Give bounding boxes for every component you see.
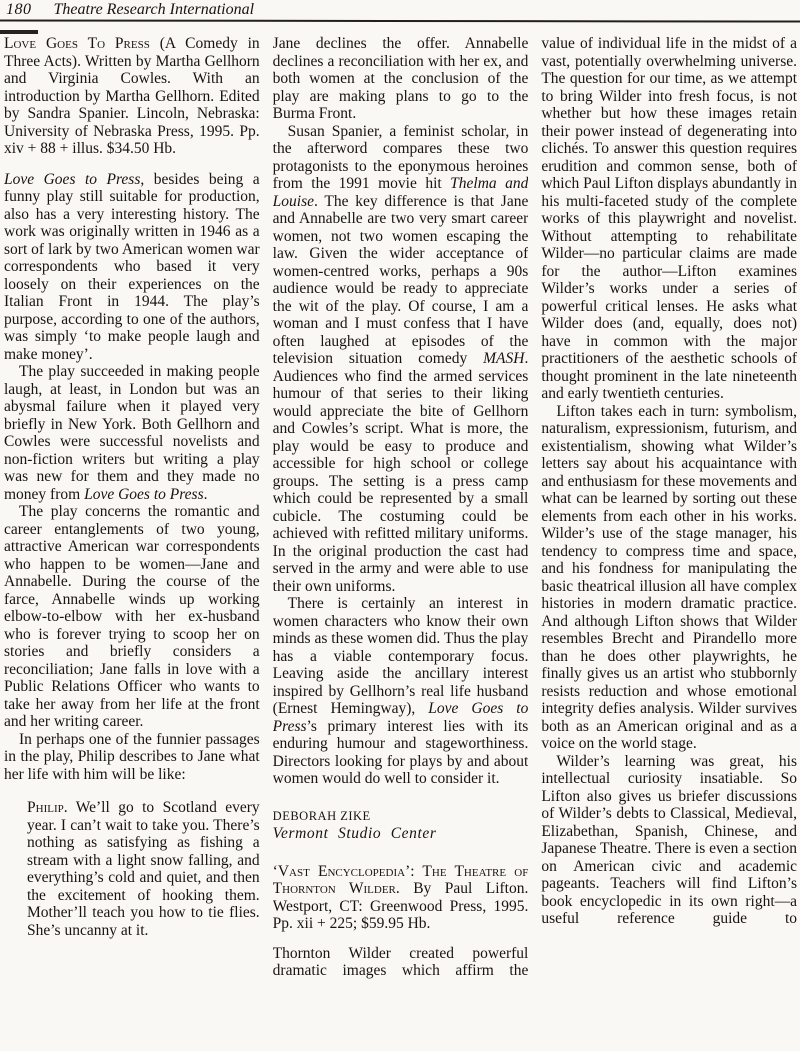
text-run: Vermont Studio Center [273, 825, 437, 842]
text-run: There is certainly an interest in women … [273, 595, 529, 717]
reviewer-name: DEBORAH ZIKE [273, 808, 529, 826]
scan-artifact-mark [0, 30, 38, 34]
smallcaps-run: Love Goes To Press [4, 35, 150, 52]
page-body: Love Goes To Press (A Comedy in Three Ac… [4, 35, 797, 1051]
journal-title: Theatre Research International [54, 1, 255, 18]
reviewer-affiliation: Vermont Studio Center [273, 825, 529, 843]
paragraph: The play succeeded in making people laug… [4, 363, 260, 503]
column-left: Love Goes To Press (A Comedy in Three Ac… [4, 35, 260, 1051]
text-run: . We’ll go to Scotland every year. I can… [27, 799, 260, 939]
text-run: (A Comedy in Three Acts). Written by Mar… [4, 35, 260, 157]
paragraph: Thornton Wilder created powerful dramati… [273, 945, 529, 980]
smallcaps-run: Philip [27, 799, 64, 816]
text-run: , besides being a funny play still suita… [4, 171, 260, 363]
quote-paragraph: Philip. We’ll go to Scotland every year.… [27, 799, 260, 939]
paragraph: Love Goes to Press, besides being a funn… [4, 171, 260, 364]
paragraph: In perhaps one of the funnier passages i… [4, 731, 260, 784]
paragraph: value of individual life in the midst of… [541, 35, 797, 403]
paragraph: Lifton takes each in turn: symbolism, na… [541, 403, 797, 753]
text-run: . Audiences who find the armed services … [273, 350, 529, 595]
header-rule [0, 19, 800, 22]
italic-run: Love Goes to Press [84, 486, 204, 503]
column-right: value of individual life in the midst of… [541, 35, 797, 1051]
paragraph: Wilder’s learning was great, his intelle… [541, 753, 797, 928]
running-head: 180Theatre Research International [6, 1, 794, 19]
text-run: Lifton takes each in turn: symbolism, na… [541, 403, 797, 753]
text-run: . [204, 486, 208, 503]
paragraph: Jane declines the offer. Annabelle decli… [273, 35, 529, 123]
text-run: Wilder’s learning was great, his intelle… [541, 753, 797, 928]
text-run: The play concerns the romantic and caree… [4, 503, 260, 730]
text-run: DEBORAH ZIKE [273, 809, 371, 823]
page-number: 180 [6, 1, 32, 18]
text-run: ’s primary interest lies with its enduri… [273, 718, 529, 788]
italic-run: MASH [483, 350, 524, 367]
italic-run: Love Goes to Press [4, 171, 140, 188]
review-citation: ‘Vast Encyclopedia’: The Theatre of Thor… [273, 863, 529, 933]
text-run: The play succeeded in making people laug… [4, 363, 260, 503]
text-run: . The key difference is that Jane and An… [273, 193, 529, 368]
text-run: value of individual life in the midst of… [541, 35, 797, 402]
paragraph: There is certainly an interest in women … [273, 595, 529, 788]
review-citation: Love Goes To Press (A Comedy in Three Ac… [4, 35, 260, 158]
paragraph: Susan Spanier, a feminist scholar, in th… [273, 123, 529, 596]
text-run: Jane declines the offer. Annabelle decli… [273, 35, 529, 122]
text-run: In perhaps one of the funnier passages i… [4, 731, 260, 783]
text-run: Thornton Wilder created powerful dramati… [273, 945, 529, 980]
column-middle: Jane declines the offer. Annabelle decli… [273, 35, 529, 1051]
paragraph: The play concerns the romantic and caree… [4, 503, 260, 731]
